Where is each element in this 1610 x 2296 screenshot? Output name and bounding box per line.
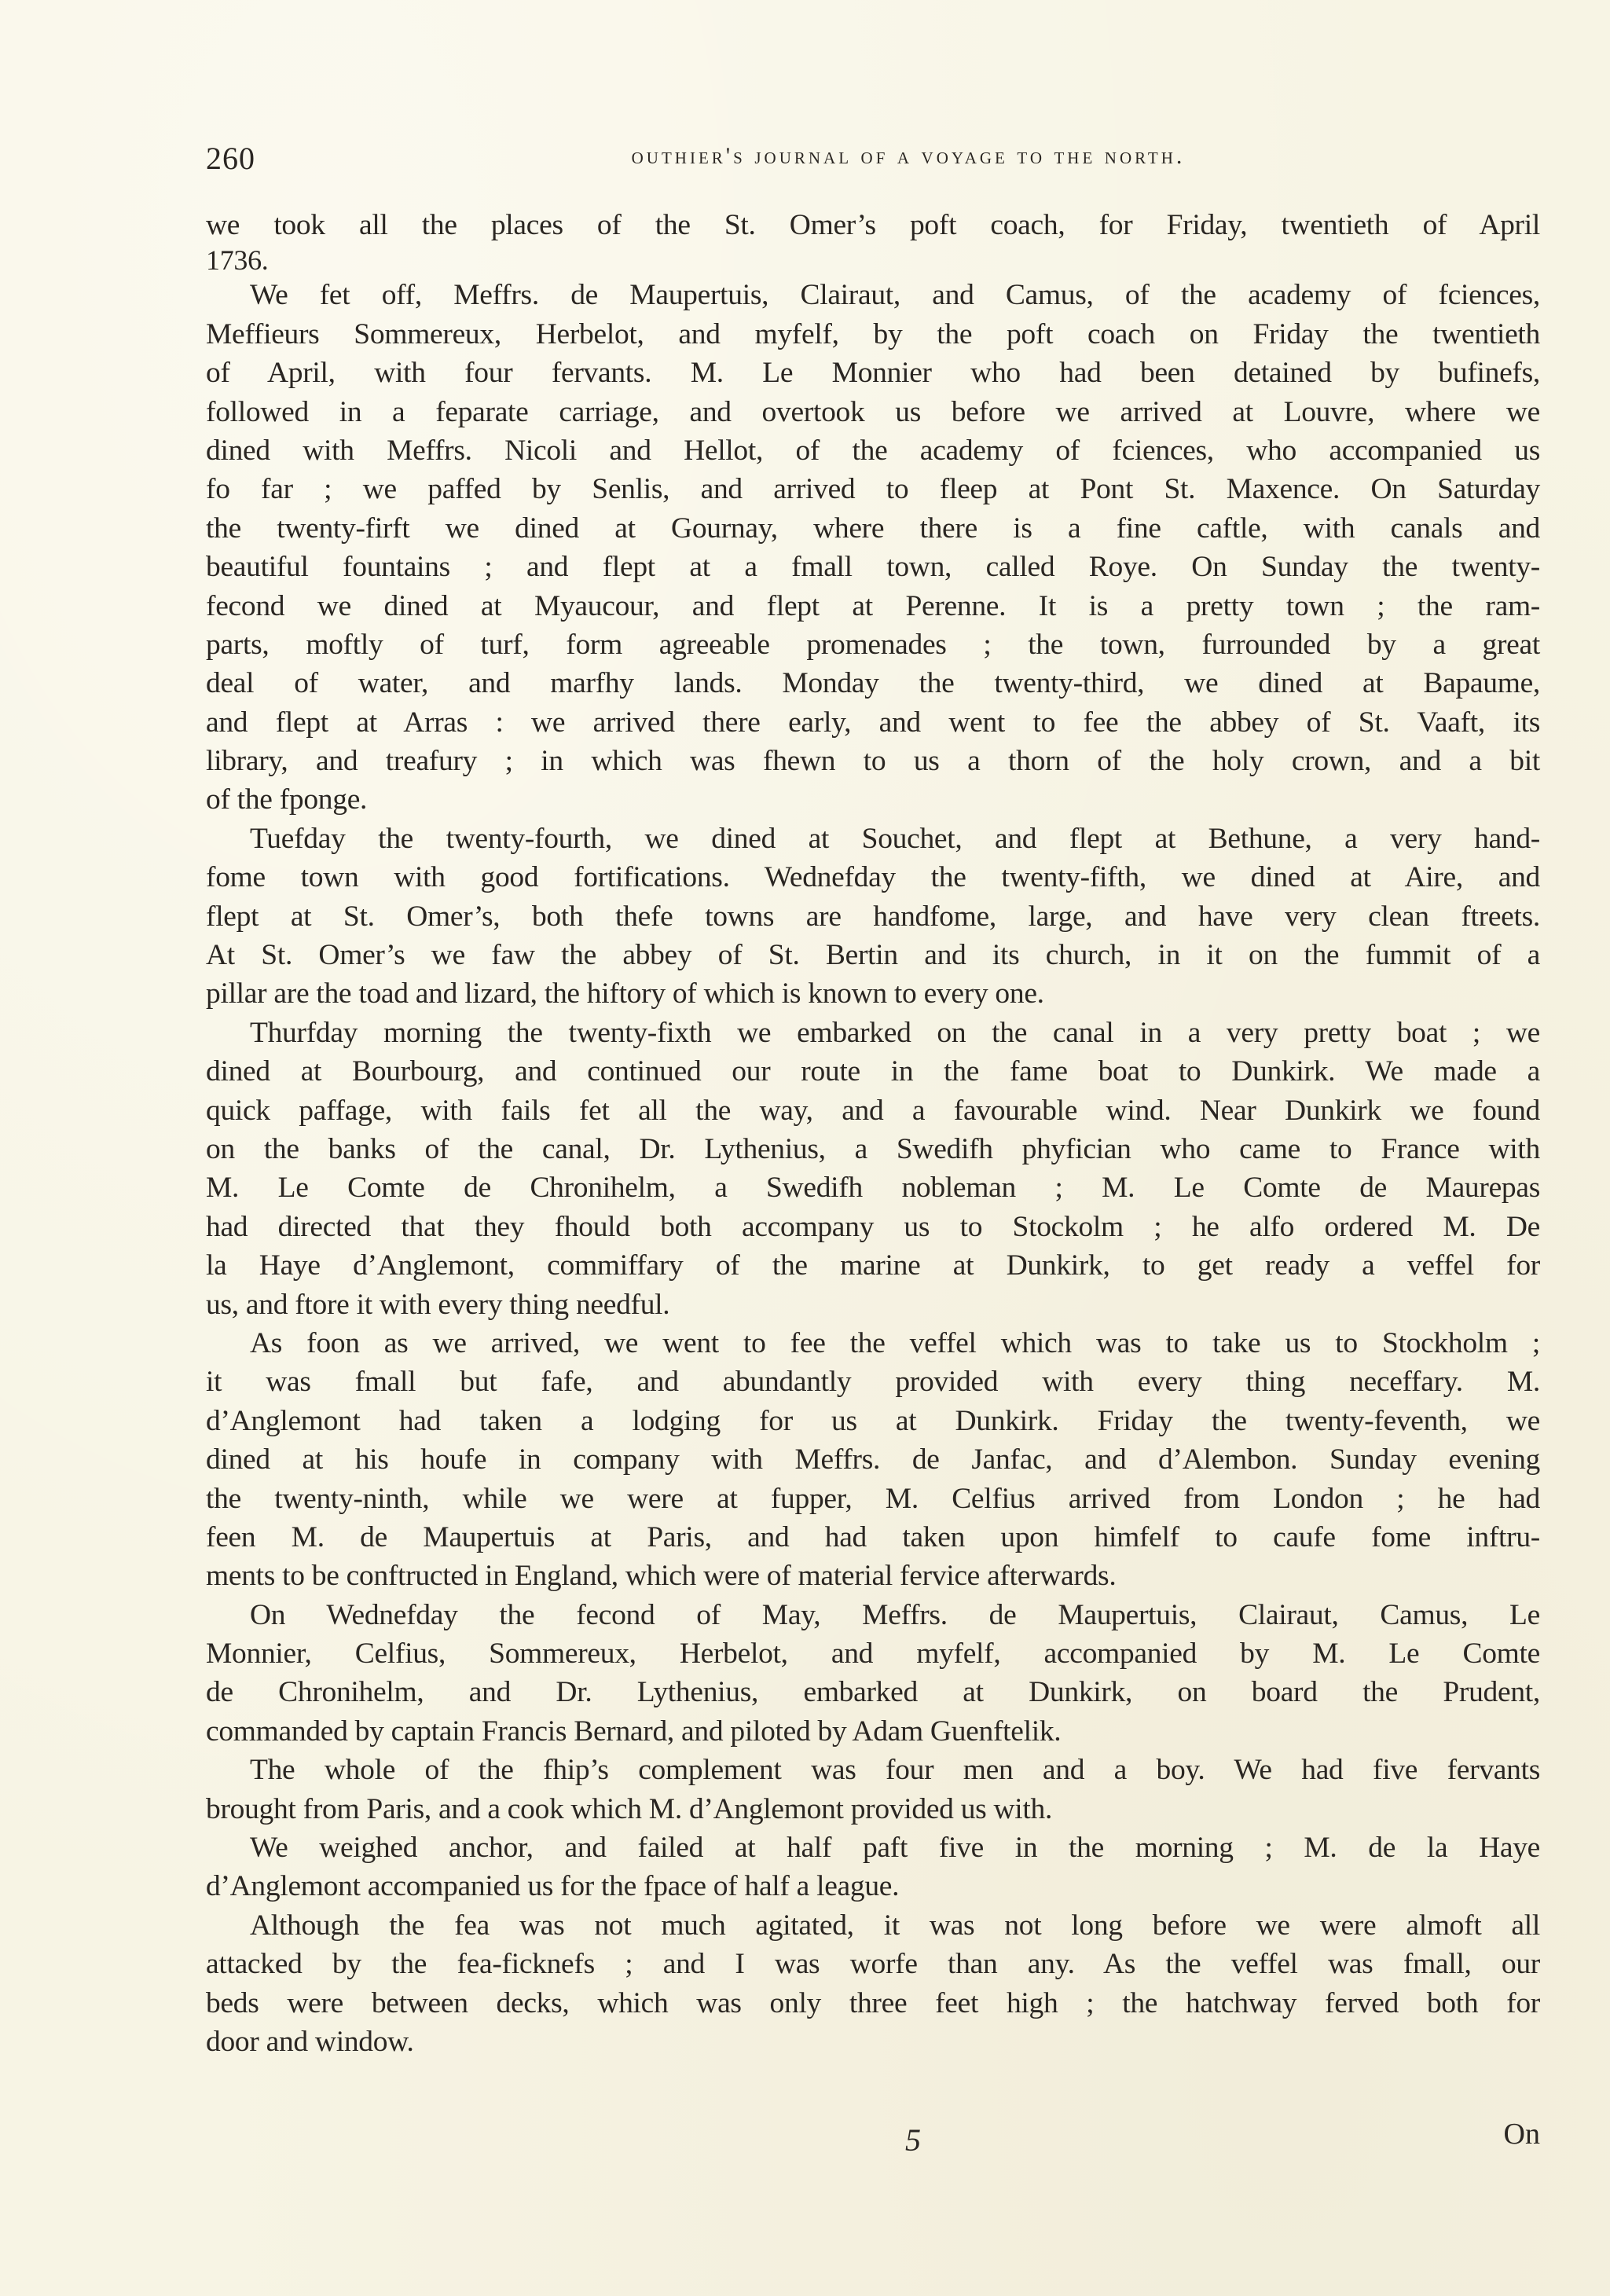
text-line: dined at Bourbourg, and continued our ro… <box>206 1052 1540 1091</box>
text-line: la Haye d’Anglemont, commiffary of the m… <box>206 1246 1540 1285</box>
catchword: On <box>1504 2117 1540 2151</box>
text-line: We weighed anchor, and failed at half pa… <box>206 1828 1540 1867</box>
text-line: dined at his houfe in company with Meffr… <box>206 1440 1540 1479</box>
text-line: Thurfday morning the twenty-fixth we emb… <box>206 1014 1540 1052</box>
text-line: commanded by captain Francis Bernard, an… <box>206 1712 1540 1751</box>
text-line: pillar are the toad and lizard, the hift… <box>206 974 1540 1013</box>
text-line: fome town with good fortifications. Wedn… <box>206 858 1540 897</box>
text-line: Although the fea was not much agitated, … <box>206 1906 1540 1945</box>
text-line: ments to be conftructed in England, whic… <box>206 1557 1540 1595</box>
text-line: parts, moftly of turf, form agreeable pr… <box>206 625 1540 664</box>
text-line: quick paffage, with fails fet all the wa… <box>206 1091 1540 1130</box>
text-line: library, and treafury ; in which was fhe… <box>206 742 1540 780</box>
page-header: 260 OUTHIER'S JOURNAL OF A VOYAGE TO THE… <box>206 140 1540 179</box>
text-line: on the banks of the canal, Dr. Lythenius… <box>206 1130 1540 1168</box>
text-line: At St. Omer’s we faw the abbey of St. Be… <box>206 936 1540 974</box>
text-line: M. Le Comte de Chronihelm, a Swedifh nob… <box>206 1168 1540 1207</box>
text-line: followed in a feparate carriage, and ove… <box>206 393 1540 431</box>
text-line: fo far ; we paffed by Senlis, and arrive… <box>206 470 1540 508</box>
text-line: beautiful fountains ; and flept at a fma… <box>206 548 1540 586</box>
text-line: and flept at Arras : we arrived there ea… <box>206 703 1540 742</box>
text-line: Monnier, Celfius, Sommereux, Herbelot, a… <box>206 1634 1540 1673</box>
text-line: it was fmall but fafe, and abundantly pr… <box>206 1363 1540 1401</box>
text-line: of April, with four fervants. M. Le Monn… <box>206 354 1540 392</box>
text-line: Tuefday the twenty-fourth, we dined at S… <box>206 820 1540 858</box>
text-line: de Chronihelm, and Dr. Lythenius, embark… <box>206 1673 1540 1711</box>
text-line: deal of water, and marfhy lands. Monday … <box>206 664 1540 702</box>
text-line: brought from Paris, and a cook which M. … <box>206 1790 1540 1828</box>
text-line: of the fponge. <box>206 780 1540 819</box>
text-line: flept at St. Omer’s, both thefe towns ar… <box>206 897 1540 936</box>
body-text: we took all the places of the St. Omer’s… <box>206 206 1540 2061</box>
text-line: We fet off, Meffrs. de Maupertuis, Clair… <box>206 276 1540 314</box>
text-line: d’Anglemont had taken a lodging for us a… <box>206 1402 1540 1440</box>
text-line: attacked by the fea-ficknefs ; and I was… <box>206 1945 1540 1983</box>
text-line: dined with Meffrs. Nicoli and Hellot, of… <box>206 431 1540 470</box>
text-line: feen M. de Maupertuis at Paris, and had … <box>206 1518 1540 1557</box>
text-line: d’Anglemont accompanied us for the fpace… <box>206 1867 1540 1905</box>
text-line: the twenty-ninth, while we were at fuppe… <box>206 1480 1540 1518</box>
text-line: On Wednefday the fecond of May, Meffrs. … <box>206 1596 1540 1634</box>
running-title: OUTHIER'S JOURNAL OF A VOYAGE TO THE NOR… <box>206 143 1540 170</box>
text-line: fecond we dined at Myaucour, and flept a… <box>206 587 1540 625</box>
text-line: us, and ftore it with every thing needfu… <box>206 1286 1540 1324</box>
text-line: beds were between decks, which was only … <box>206 1984 1540 2023</box>
text-line: The whole of the fhip’s complement was f… <box>206 1751 1540 1789</box>
text-line: we took all the places of the St. Omer’s… <box>206 206 1540 244</box>
page-footer: 5 On <box>206 2122 1540 2169</box>
text-line: As foon as we arrived, we went to fee th… <box>206 1324 1540 1363</box>
signature-mark: 5 <box>905 2122 921 2158</box>
text-line: Meffieurs Sommereux, Herbelot, and myfel… <box>206 315 1540 354</box>
text-line: 1736. <box>206 244 1540 276</box>
text-line: door and window. <box>206 2023 1540 2061</box>
text-line: the twenty-firft we dined at Gournay, wh… <box>206 509 1540 548</box>
text-line: had directed that they fhould both accom… <box>206 1208 1540 1246</box>
